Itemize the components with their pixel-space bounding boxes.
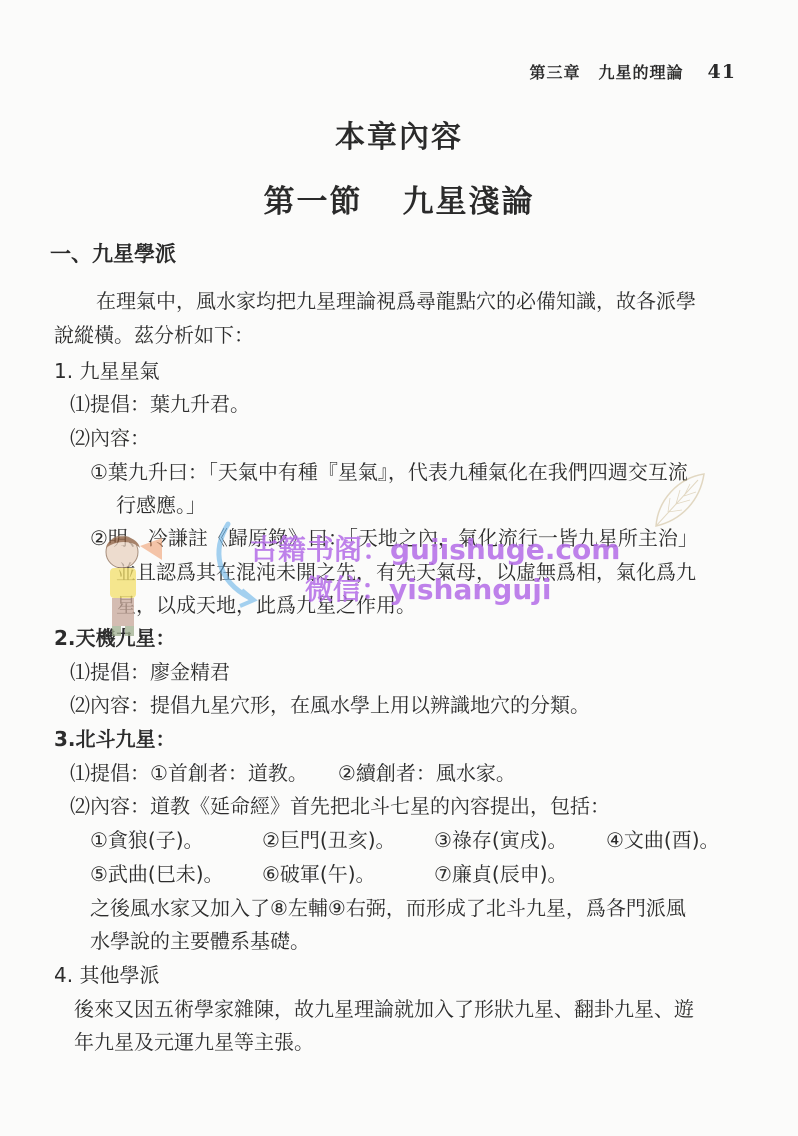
watermark-site: 古籍书阁：gujishuge.com bbox=[250, 528, 620, 568]
item-1-content-label: ⑵內容： bbox=[70, 424, 150, 452]
star-7: ⑦廉貞(辰申)。 bbox=[434, 860, 568, 888]
star-5: ⑤武曲(巳未)。 bbox=[90, 860, 224, 888]
item-1-proponent: ⑴提倡：葉九升君。 bbox=[70, 390, 250, 418]
item-1-point-1: ①葉九升曰：「天氣中有種『星氣』，代表九種氣化在我們四週交互流 bbox=[90, 458, 688, 486]
item-3-proponent: ⑴提倡：①首創者：道教。 ②續創者：風水家。 bbox=[70, 759, 516, 787]
item-2-proponent: ⑴提倡：廖金精君 bbox=[70, 658, 230, 686]
intro-line-1: 在理氣中，風水家均把九星理論視爲尋龍點穴的必備知識，故各派學 bbox=[96, 287, 696, 315]
leaf-watermark-icon bbox=[648, 470, 708, 530]
item-4-content-2: 年九星及元運九星等主張。 bbox=[74, 1028, 314, 1056]
item-3-heading: 3.北斗九星： bbox=[54, 725, 176, 753]
star-1: ①貪狼(子)。 bbox=[90, 826, 204, 854]
item-4-content-1: 後來又因五術學家雜陳，故九星理論就加入了形狀九星、翻卦九星、遊 bbox=[74, 995, 694, 1023]
star-3: ③祿存(寅戌)。 bbox=[434, 826, 568, 854]
chapter-title: 九星的理論 bbox=[599, 60, 684, 83]
section-number: 第一節 bbox=[264, 184, 363, 220]
chapter-label: 第三章 bbox=[530, 60, 581, 83]
subsection-heading: 一、九星學派 bbox=[50, 238, 176, 268]
chapter-contents-title: 本章內容 bbox=[0, 112, 798, 156]
star-2: ②巨門(丑亥)。 bbox=[262, 826, 396, 854]
section-name: 九星淺論 bbox=[403, 184, 535, 220]
item-3-after-2: 水學說的主要體系基礎。 bbox=[90, 927, 310, 955]
cartoon-mascot-icon bbox=[88, 530, 168, 640]
star-6: ⑥破軍(午)。 bbox=[262, 860, 376, 888]
watermark-wechat: 微信：yishanguji bbox=[305, 568, 551, 608]
star-4: ④文曲(酉)。 bbox=[606, 826, 720, 854]
intro-line-2: 說縱橫。茲分析如下： bbox=[54, 321, 254, 349]
item-1-heading: 1. 九星星氣 bbox=[54, 357, 159, 385]
running-head: 第三章 九星的理論 41 bbox=[530, 60, 736, 83]
section-title: 第一節九星淺論 bbox=[0, 176, 798, 221]
book-page: 第三章 九星的理論 41 本章內容 第一節九星淺論 一、九星學派 在理氣中，風水… bbox=[0, 0, 798, 1136]
item-4-heading: 4. 其他學派 bbox=[54, 961, 159, 989]
item-3-content: ⑵內容：道教《延命經》首先把北斗七星的內容提出，包括： bbox=[70, 792, 610, 820]
item-3-after-1: 之後風水家又加入了⑧左輔⑨右弼，而形成了北斗九星，爲各門派風 bbox=[90, 894, 686, 922]
item-1-point-1-cont: 行感應。」 bbox=[116, 491, 206, 519]
page-number: 41 bbox=[708, 61, 736, 83]
item-2-content: ⑵內容：提倡九星穴形，在風水學上用以辨識地穴的分類。 bbox=[70, 691, 590, 719]
